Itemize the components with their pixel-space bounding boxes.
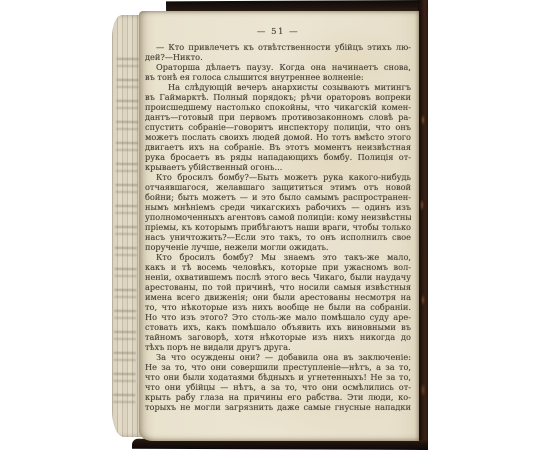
text-line: можетъ послать своихъ людей домой. Но то…: [145, 132, 411, 142]
text-line: крыть рабу глаза на причины его рабства.…: [145, 392, 411, 402]
paragraph: Кто бросилъ бомбу?—Быть можетъ рука како…: [145, 172, 411, 252]
text-line: Но что изъ этого? Это столь-же мало помѣ…: [145, 312, 411, 322]
text-line: насъ уничтожить?—Если это такъ, то онъ и…: [145, 232, 411, 242]
book-cover-right-edge: [418, 0, 428, 450]
paragraph: За что осуждены они? — добавила она въ з…: [145, 352, 411, 412]
text-line: дантъ—готовый при первомъ противозаконно…: [145, 112, 411, 122]
text-line: происшедшему настолько спокойны, что чик…: [145, 102, 411, 112]
text-line: — Кто привлечетъ къ отвѣтственности убій…: [145, 42, 411, 52]
text-line: имена всего движенія; они были арестован…: [145, 292, 411, 302]
text-line: торыхъ не могли загрязнить даже самые гн…: [145, 402, 411, 412]
text-line: какъ и тѣ восемь человѣкъ, которые при у…: [145, 262, 411, 272]
text-line: уполномоченныхъ агентовъ самой полиціи: …: [145, 212, 411, 222]
text-line: крываетъ убійственный огонь...: [145, 162, 411, 172]
paragraph: — Кто привлечетъ къ отвѣтственности убій…: [145, 42, 411, 62]
text-line: что они убійцы — нѣтъ, а за то, что они …: [145, 382, 411, 392]
text-line: За что осуждены они? — добавила она въ з…: [145, 352, 411, 362]
paragraph: На слѣдующій вечеръ анархисты созываютъ …: [145, 82, 411, 172]
text-line: тѣхъ поръ не видали другъ друга.: [145, 342, 411, 352]
text-line: что они были ходатаями бѣдныхъ и угнетен…: [145, 372, 411, 382]
text-block: — 51 — — Кто привлечетъ къ отвѣтственнос…: [145, 27, 411, 412]
text-line: нымъ мнѣніемъ среди чикагскихъ рабочихъ …: [145, 202, 411, 212]
faint-showthrough-text: [113, 55, 139, 407]
text-line: На слѣдующій вечеръ анархисты созываютъ …: [145, 82, 411, 92]
text-line: спустить собраніе—говоритъ инспектору по…: [145, 122, 411, 132]
text-line: Кто бросилъ бомбу? Мы знаемъ это такъ-же…: [145, 252, 411, 262]
text-line: арестованы, по той причинѣ, что носили с…: [145, 282, 411, 292]
text-line: неніи, охватившемъ послѣ этого весь Чика…: [145, 272, 411, 282]
text-line: пріемы, къ которымъ прибѣгаютъ наши враг…: [145, 222, 411, 232]
page-paragraphs: — Кто привлечетъ къ отвѣтственности убій…: [145, 42, 411, 412]
text-line: въ тонѣ ея голоса слышится внутреннее во…: [145, 72, 411, 82]
text-line: порученіе лучше, нежели могли ожидать.: [145, 242, 411, 252]
text-line: отчаявшагося, желавшаго защититься этимъ…: [145, 182, 411, 192]
page-number: — 51 —: [145, 27, 411, 37]
book-photo: — 51 — — Кто привлечетъ къ отвѣтственнос…: [112, 0, 428, 450]
paragraph: Ораторша дѣлаетъ паузу. Когда она начина…: [145, 62, 411, 82]
text-line: стовать ихъ, какъ помѣшало объявить ихъ …: [145, 322, 411, 332]
text-line: Кто бросилъ бомбу?—Быть можетъ рука како…: [145, 172, 411, 182]
text-line: дей?—Никто.: [145, 52, 411, 62]
text-line: рука бросаетъ въ ряды нападающихъ бомбу.…: [145, 152, 411, 162]
text-line: тайномъ заговорѣ, хотя нѣкоторые изъ них…: [145, 332, 411, 342]
text-line: Ораторша дѣлаетъ паузу. Когда она начина…: [145, 62, 411, 72]
text-line: то, что нѣкоторые изъ нихъ вообще не был…: [145, 302, 411, 312]
paragraph: Кто бросилъ бомбу? Мы знаемъ это такъ-же…: [145, 252, 411, 352]
book-page: — 51 — — Кто привлечетъ къ отвѣтственнос…: [139, 11, 419, 441]
text-line: Не за то, что они совершили преступленіе…: [145, 362, 411, 372]
text-line: бойни; быть можетъ — и это было самымъ р…: [145, 192, 411, 202]
text-line: двигаетъ ихъ на собраніе. Въ этотъ момен…: [145, 142, 411, 152]
text-line: въ Гаймарктѣ. Полный порядокъ; рѣчи орат…: [145, 92, 411, 102]
